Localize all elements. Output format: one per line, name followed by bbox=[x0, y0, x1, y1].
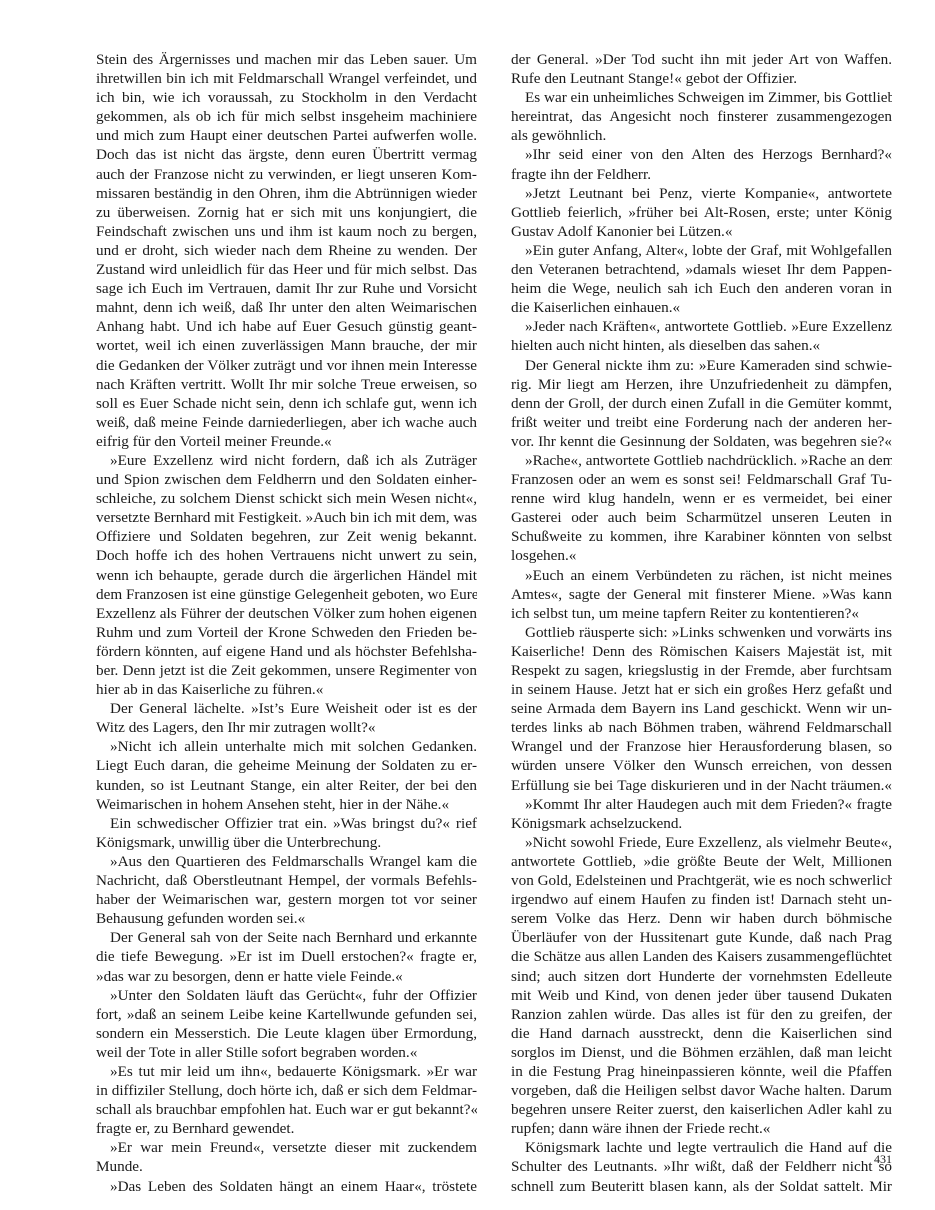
text-line: weiß, daß meine Feinde darniederliegen, … bbox=[96, 413, 477, 432]
text-line: der General. »Der Tod sucht ihn mit jede… bbox=[511, 50, 892, 69]
text-line: in seinem Hause. Jetzt hat er sich ein g… bbox=[511, 680, 892, 699]
text-line: Gustav Adolf Kanonier bei Lützen.« bbox=[511, 222, 892, 241]
left-text-column: Stein des Ärgernisses und machen mir das… bbox=[96, 50, 477, 1196]
text-line: Ruhm und zum Vorteil der Krone Schweden … bbox=[96, 623, 477, 642]
text-line: begehren unsere Reiter zuerst, den kaise… bbox=[511, 1100, 892, 1119]
text-line: kunden, so ist Leutnant Stange, ein alte… bbox=[96, 776, 477, 795]
text-line: dem Franzosen ist eine günstige Gelegenh… bbox=[96, 585, 477, 604]
text-line: renne wird klug handeln, wenn er es verm… bbox=[511, 489, 892, 508]
text-line: Doch das ist nicht das ärgste, denn eure… bbox=[96, 145, 477, 164]
text-line: heim die Wege, neulich sah ich Euch den … bbox=[511, 279, 892, 298]
text-line: ich selbst tun, um meine tapfern Reiter … bbox=[511, 604, 892, 623]
text-line: die Kaiserlichen einhauen.« bbox=[511, 298, 892, 317]
text-line: die Gedanken der Völker zuträgt und vor … bbox=[96, 356, 477, 375]
text-line: Es war ein unheimliches Schweigen im Zim… bbox=[511, 88, 892, 107]
text-line: Ranzion zahlen würde. Das alles ist für … bbox=[511, 1005, 892, 1024]
text-line: die tiefe Bewegung. »Er ist im Duell ers… bbox=[96, 947, 477, 966]
text-line: und mich zum Haupt einer deutschen Parte… bbox=[96, 126, 477, 145]
text-line: die Hand darnach ausstreckt, denn die Ka… bbox=[511, 1024, 892, 1043]
text-line: »Unter den Soldaten läuft das Gerücht«, … bbox=[96, 986, 477, 1005]
text-line: fragte er, zu Bernhard gewendet. bbox=[96, 1119, 477, 1138]
text-line: schall als brauchbar empfohlen hat. Euch… bbox=[96, 1100, 477, 1119]
text-line: würden unsere Völker den Wunsch erreiche… bbox=[511, 756, 892, 775]
text-line: rig. Mir liegt am Herzen, ihre Unzufried… bbox=[511, 375, 892, 394]
text-line: Franzosen oder an wem es sonst sei! Feld… bbox=[511, 470, 892, 489]
text-line: weil der Tote in aller Stille sofort beg… bbox=[96, 1043, 477, 1062]
text-line: nach Kräften vertritt. Wollt Ihr mir sol… bbox=[96, 375, 477, 394]
text-line: missaren beständig in den Ohren, ihm die… bbox=[96, 184, 477, 203]
text-line: schleiche, zu solchem Dienst schickt sic… bbox=[96, 489, 477, 508]
text-line: in diffiziler Stellung, doch hörte ich, … bbox=[96, 1081, 477, 1100]
text-line: in die Festung Prag hineinpassieren könn… bbox=[511, 1062, 892, 1081]
text-line: wortet, weil ich einen zuverlässigen Man… bbox=[96, 336, 477, 355]
text-line: denn der Groll, der durch einen Zufall i… bbox=[511, 394, 892, 413]
text-line: »Eure Exzellenz wird nicht fordern, daß … bbox=[96, 451, 477, 470]
text-line: Feindschaft zwischen uns und ihm ist kau… bbox=[96, 222, 477, 241]
text-line: Königsmark achselzuckend. bbox=[511, 814, 892, 833]
text-line: Liegt Euch daran, die geheime Meinung de… bbox=[96, 756, 477, 775]
text-line: ber. Denn jetzt ist die Zeit gekommen, u… bbox=[96, 661, 477, 680]
text-line: soll es Euer Schade nicht sein, denn ich… bbox=[96, 394, 477, 413]
text-line: Nachricht, daß Oberstleutnant Hempel, de… bbox=[96, 871, 477, 890]
text-line: ich bin, wie ich voraussah, zu Stockholm… bbox=[96, 88, 477, 107]
text-line: Der General nickte ihm zu: »Eure Kamerad… bbox=[511, 356, 892, 375]
text-line: Gasterei oder auch beim Scharmützel unse… bbox=[511, 508, 892, 527]
text-line: von Gold, Edelsteinen und Prachtgerät, w… bbox=[511, 871, 892, 890]
text-line: Königsmark, unwillig über die Unterbrech… bbox=[96, 833, 477, 852]
text-line: Rufe den Leutnant Stange!« gebot der Off… bbox=[511, 69, 892, 88]
text-line: auch der Franzose nicht zu verwinden, er… bbox=[96, 165, 477, 184]
book-page: Stein des Ärgernisses und machen mir das… bbox=[0, 0, 935, 1210]
text-line: Überläufer von der Hussitenart gute Kund… bbox=[511, 928, 892, 947]
text-line: Exzellenz als Führer der deutschen Völke… bbox=[96, 604, 477, 623]
text-line: serem Volke das Herz. Denn wir haben dur… bbox=[511, 909, 892, 928]
text-line: »Kommt Ihr alter Haudegen auch mit dem F… bbox=[511, 795, 892, 814]
text-line: Offiziere und Soldaten begehren, zur Zei… bbox=[96, 527, 477, 546]
text-line: rupfen; dann wäre ihnen der Friede recht… bbox=[511, 1119, 892, 1138]
text-line: Witz des Lagers, den Ihr mir zutragen wo… bbox=[96, 718, 477, 737]
text-line: »Aus den Quartieren des Feldmarschalls W… bbox=[96, 852, 477, 871]
text-line: Amtes«, sagte der General mit finsterer … bbox=[511, 585, 892, 604]
text-line: Wrangel und der Franzose hier Herausford… bbox=[511, 737, 892, 756]
text-line: wenn ich behaupte, gerade durch die ärge… bbox=[96, 566, 477, 585]
text-line: vorgeben, daß die Heiligen selbst davor … bbox=[511, 1081, 892, 1100]
text-line: als gewöhnlich. bbox=[511, 126, 892, 145]
text-line: »das war zu besorgen, denn er hatte viel… bbox=[96, 967, 477, 986]
text-line: antwortete Gottlieb, »die größte Beute d… bbox=[511, 852, 892, 871]
text-line: »Das Leben des Soldaten hängt an einem H… bbox=[96, 1177, 477, 1196]
text-line: »Nicht ich allein unterhalte mich mit so… bbox=[96, 737, 477, 756]
text-line: frißt weiter und treibt eine Forderung n… bbox=[511, 413, 892, 432]
text-line: Gottlieb feierlich, »früher bei Alt-Rose… bbox=[511, 203, 892, 222]
text-line: Doch hoffe ich des hohen Vertrauens nich… bbox=[96, 546, 477, 565]
text-line: hielten auch nicht hinten, als dieselben… bbox=[511, 336, 892, 355]
text-line: Schulter des Leutnants. »Ihr wißt, daß d… bbox=[511, 1157, 892, 1176]
text-line: Ein schwedischer Offizier trat ein. »Was… bbox=[96, 814, 477, 833]
text-line: die Schätze aus allen Landen des Kaisers… bbox=[511, 947, 892, 966]
text-line: Kaiserliche! Denn des Römischen Kaisers … bbox=[511, 642, 892, 661]
text-line: sage ich Euch im Vertrauen, damit Ihr zu… bbox=[96, 279, 477, 298]
text-line: Munde. bbox=[96, 1157, 477, 1176]
text-line: sind; auch sitzen dort Hunderte der vorn… bbox=[511, 967, 892, 986]
text-line: schnell zum Beuteritt blasen kann, als d… bbox=[511, 1177, 892, 1196]
right-text-column: der General. »Der Tod sucht ihn mit jede… bbox=[511, 50, 892, 1196]
text-line: losgehen.« bbox=[511, 546, 892, 565]
text-line: Gottlieb räusperte sich: »Links schwenke… bbox=[511, 623, 892, 642]
text-line: versetzte Bernhard mit Festigkeit. »Auch… bbox=[96, 508, 477, 527]
text-line: Schußweite zu kommen, ihre Karabiner kön… bbox=[511, 527, 892, 546]
text-line: den Veteranen betrachtend, »damals wiese… bbox=[511, 260, 892, 279]
text-line: fördern könnten, auf eigene Hand und als… bbox=[96, 642, 477, 661]
text-line: mit Weib und Kind, von denen jeder über … bbox=[511, 986, 892, 1005]
text-line: sondern ein Messerstich. Die Leute klage… bbox=[96, 1024, 477, 1043]
text-line: Anhang habt. Und ich habe auf Euer Gesuc… bbox=[96, 317, 477, 336]
text-line: sorglos im Dienst, und die Böhmen erzähl… bbox=[511, 1043, 892, 1062]
text-line: gekommen, als ob ich für mich selbst ins… bbox=[96, 107, 477, 126]
text-line: »Ihr seid einer von den Alten des Herzog… bbox=[511, 145, 892, 164]
text-line: »Jetzt Leutnant bei Penz, vierte Kompani… bbox=[511, 184, 892, 203]
text-line: irgendwo auf einem Haufen zu finden ist!… bbox=[511, 890, 892, 909]
text-line: terdes links ab nach Böhmen traben, währ… bbox=[511, 718, 892, 737]
text-line: Weimarischen in hohem Ansehen steht, hie… bbox=[96, 795, 477, 814]
text-line: Der General sah von der Seite nach Bernh… bbox=[96, 928, 477, 947]
text-line: Der General lächelte. »Ist’s Eure Weishe… bbox=[96, 699, 477, 718]
text-line: fragte ihn der Feldherr. bbox=[511, 165, 892, 184]
text-line: Königsmark lachte und legte vertraulich … bbox=[511, 1138, 892, 1157]
text-line: »Nicht sowohl Friede, Eure Exzellenz, al… bbox=[511, 833, 892, 852]
text-line: fort, »daß an seinem Leibe keine Kartell… bbox=[96, 1005, 477, 1024]
text-line: mahnt, denn ich weiß, daß Ihr unter den … bbox=[96, 298, 477, 317]
text-line: haber der Weimarischen war, gestern morg… bbox=[96, 890, 477, 909]
text-line: Erfüllung sie bei Tage diskurieren und i… bbox=[511, 776, 892, 795]
text-line: »Er war mein Freund«, versetzte dieser m… bbox=[96, 1138, 477, 1157]
text-line: eifrig für den Vorteil meiner Freunde.« bbox=[96, 432, 477, 451]
text-line: ihretwillen bin ich mit Feldmarschall Wr… bbox=[96, 69, 477, 88]
text-line: und Spion zwischen dem Feldherrn und den… bbox=[96, 470, 477, 489]
text-line: Respekt zu sagen, kriegslustig in der Fr… bbox=[511, 661, 892, 680]
text-line: Behausung gefunden worden sei.« bbox=[96, 909, 477, 928]
text-line: hereintrat, das Angesicht noch finsterer… bbox=[511, 107, 892, 126]
text-line: hier ab in das Kaiserliche zu führen.« bbox=[96, 680, 477, 699]
text-line: Stein des Ärgernisses und machen mir das… bbox=[96, 50, 477, 69]
text-line: »Ein guter Anfang, Alter«, lobte der Gra… bbox=[511, 241, 892, 260]
text-line: »Jeder nach Kräften«, antwortete Gottlie… bbox=[511, 317, 892, 336]
text-line: zu überweisen. Zornig hat er sich mit un… bbox=[96, 203, 477, 222]
text-line: Zustand wird unleidlich für das Heer und… bbox=[96, 260, 477, 279]
text-line: vor. Ihr kennt die Gesinnung der Soldate… bbox=[511, 432, 892, 451]
page-number: 431 bbox=[874, 1152, 892, 1167]
text-line: und er droht, sich wieder nach dem Rhein… bbox=[96, 241, 477, 260]
text-line: »Euch an einem Verbündeten zu rächen, is… bbox=[511, 566, 892, 585]
text-line: seine Armada dem Bayern ins Land geschic… bbox=[511, 699, 892, 718]
text-line: »Rache«, antwortete Gottlieb nachdrückli… bbox=[511, 451, 892, 470]
text-line: »Es tut mir leid um ihn«, bedauerte Köni… bbox=[96, 1062, 477, 1081]
